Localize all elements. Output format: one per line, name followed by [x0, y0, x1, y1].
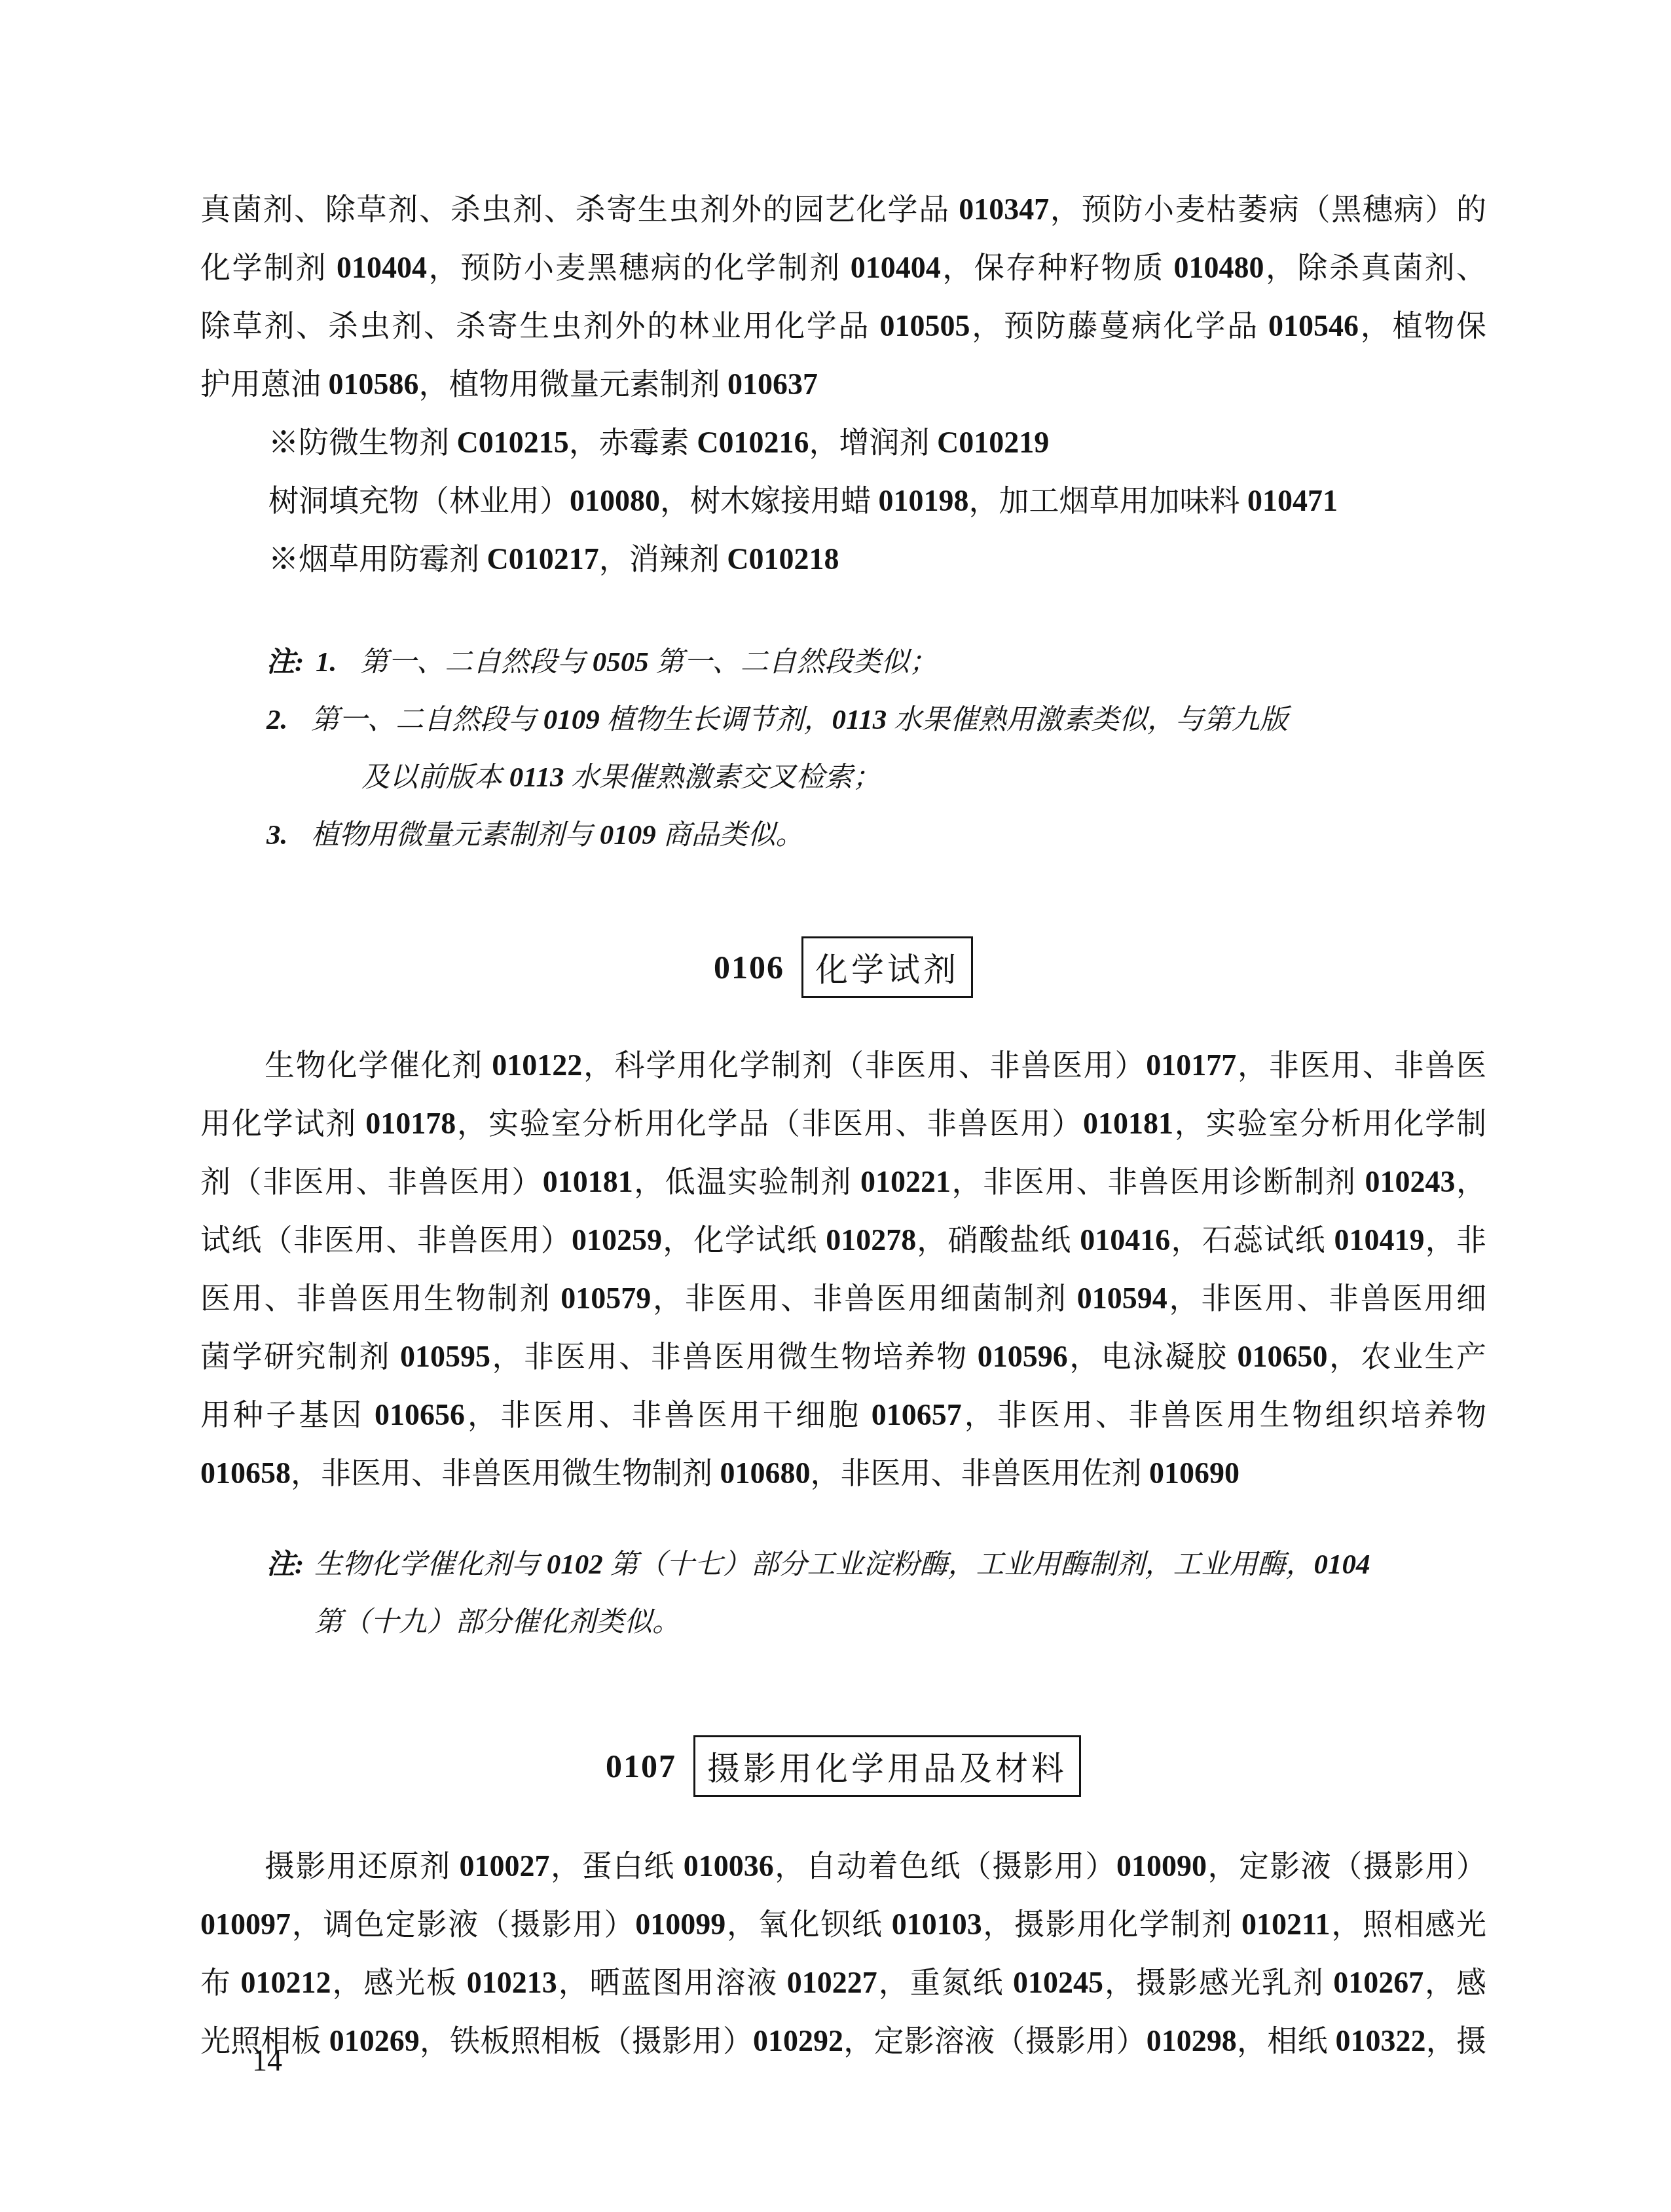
document-page: 真菌剂、除草剂、杀虫剂、杀寄生虫剂外的园艺化学品 010347，预防小麦枯萎病（… [0, 0, 1671, 2212]
text-line: 用种子基因 010656，非医用、非兽医用干细胞 010657，非医用、非兽医用… [200, 1386, 1486, 1444]
text-line: 除草剂、杀虫剂、杀寄生虫剂外的林业用化学品 010505，预防藤蔓病化学品 01… [200, 297, 1486, 355]
code-number: 010347 [959, 193, 1049, 226]
code-number: 010036 [684, 1849, 774, 1883]
text-run: 用种子基因 [200, 1398, 375, 1431]
text-run: 第（十九）部分催化剂类似。 [314, 1607, 680, 1638]
paragraph: 摄影用还原剂 010027，蛋白纸 010036，自动着色纸（摄影用）01009… [200, 1837, 1486, 2070]
note-line: 及以前版本 0113 水果催熟激素交叉检索； [200, 749, 1486, 807]
text-run: ，除杀真菌剂、 [1264, 251, 1486, 284]
text-line: 010097，调色定影液（摄影用）010099，氧化钡纸 010103，摄影用化… [200, 1895, 1486, 1953]
code-number: 010322 [1336, 2024, 1426, 2057]
note-line: 3.植物用微量元素制剂与 0109 商品类似。 [200, 807, 1486, 864]
text-run: ，科学用化学制剂（非医用、非兽医用） [582, 1048, 1146, 1082]
text-run: ，非医用、非兽医用细菌制剂 [651, 1281, 1076, 1315]
code-number: C010217 [487, 542, 599, 576]
text-run: ，定影溶液（摄影用） [843, 2024, 1147, 2057]
text-run: 摄影用还原剂 [265, 1849, 460, 1883]
text-run: 化学制剂 [200, 251, 337, 284]
paragraph: 生物化学催化剂 010122，科学用化学制剂（非医用、非兽医用）010177，非… [200, 1036, 1486, 1502]
text-run: ，硝酸盐纸 [916, 1223, 1080, 1257]
text-run: ，植物保 [1359, 309, 1486, 342]
section-heading: 0106化学试剂 [200, 936, 1486, 998]
text-run: ，化学试纸 [662, 1223, 826, 1257]
code-number: 010546 [1268, 309, 1359, 342]
text-run: 护用蒽油 [200, 367, 329, 401]
paragraph: ※防微生物剂 C010215，赤霉素 C010216，增润剂 C010219 [200, 413, 1486, 471]
text-run: 植物生长调节剂， [600, 705, 832, 735]
text-line: ※防微生物剂 C010215，赤霉素 C010216，增润剂 C010219 [200, 413, 1486, 471]
note-label: 注: [266, 634, 316, 691]
text-run: ，预防小麦枯萎病（黑穗病）的 [1049, 193, 1486, 226]
text-run: ，非医用、非兽医用微生物培养物 [490, 1340, 978, 1373]
code-number: 010090 [1116, 1849, 1207, 1883]
text-run: ，加工烟草用加味料 [969, 484, 1248, 517]
text-run: ，蛋白纸 [550, 1849, 684, 1883]
code-number: 0505 [593, 647, 649, 678]
heading-title-box: 摄影用化学用品及材料 [693, 1735, 1081, 1797]
paragraph: 真菌剂、除草剂、杀虫剂、杀寄生虫剂外的园艺化学品 010347，预防小麦枯萎病（… [200, 180, 1486, 413]
text-line: 菌学研究制剂 010595，非医用、非兽医用微生物培养物 010596，电泳凝胶… [200, 1327, 1486, 1386]
code-number: 010269 [329, 2024, 420, 2057]
text-run: ，消辣剂 [599, 542, 727, 576]
text-line: 化学制剂 010404，预防小麦黑穗病的化学制剂 010404，保存种籽物质 0… [200, 238, 1486, 297]
code-number: 010211 [1241, 1908, 1330, 1941]
code-number: 0113 [509, 762, 564, 793]
text-run: 商品类似。 [656, 820, 804, 851]
code-number: 010657 [872, 1398, 962, 1431]
text-run: ，预防小麦黑穗病的化学制剂 [427, 251, 851, 284]
text-run: 除草剂、杀虫剂、杀寄生虫剂外的林业用化学品 [200, 309, 880, 342]
text-run: ，自动着色纸（摄影用） [774, 1849, 1116, 1883]
note-line: 注:生物化学催化剂与 0102 第（十七）部分工业淀粉酶，工业用酶制剂，工业用酶… [200, 1536, 1486, 1594]
text-run: ，非医用、非兽医用细 [1167, 1281, 1486, 1315]
code-number: 010650 [1238, 1340, 1328, 1373]
text-run: 第一、二自然段与 [311, 705, 543, 735]
text-run: ，树木嫁接用蜡 [660, 484, 879, 517]
note-item-number: 1. [316, 634, 360, 691]
text-run: ，电泳凝胶 [1068, 1340, 1238, 1373]
note-line: 注:1.第一、二自然段与 0505 第一、二自然段类似； [200, 634, 1486, 691]
text-run: ，增润剂 [809, 426, 937, 459]
code-number: 010404 [337, 251, 427, 284]
text-run: ※防微生物剂 [268, 426, 457, 459]
text-run: 布 [200, 1966, 240, 1999]
text-run: 真菌剂、除草剂、杀虫剂、杀寄生虫剂外的园艺化学品 [200, 193, 959, 226]
code-number: 010103 [892, 1908, 982, 1941]
text-line: 生物化学催化剂 010122，科学用化学制剂（非医用、非兽医用）010177，非… [200, 1036, 1486, 1094]
text-run: 植物用微量元素制剂与 [311, 820, 600, 851]
text-run: ※烟草用防霉剂 [268, 542, 487, 576]
heading-title-box: 化学试剂 [801, 936, 973, 998]
code-number: 010680 [720, 1456, 811, 1490]
note-item-number: 3. [266, 807, 311, 864]
text-run: 及以前版本 [361, 762, 509, 793]
text-run: ，非医用、非兽医用微生物制剂 [291, 1456, 720, 1490]
text-run: ，调色定影液（摄影用） [291, 1908, 635, 1941]
text-run: ，非医用、非兽医用佐剂 [811, 1456, 1150, 1490]
code-number: 010177 [1146, 1048, 1236, 1082]
code-number: 010227 [787, 1966, 877, 1999]
code-number: C010219 [937, 426, 1049, 459]
code-number: 010245 [1013, 1966, 1103, 1999]
text-run: ，相纸 [1237, 2024, 1336, 2057]
heading-number: 0107 [606, 1748, 676, 1784]
code-number: 010579 [560, 1281, 651, 1315]
text-run: ，重氮纸 [877, 1966, 1013, 1999]
code-number: 010637 [727, 367, 818, 401]
section-heading: 0107摄影用化学用品及材料 [200, 1735, 1486, 1797]
text-line: 光照相板 010269，铁板照相板（摄影用）010292，定影溶液（摄影用）01… [200, 2012, 1486, 2070]
code-number: 0104 [1314, 1549, 1370, 1580]
text-line: 剂（非医用、非兽医用）010181，低温实验制剂 010221，非医用、非兽医用… [200, 1152, 1486, 1211]
code-number: 010027 [460, 1849, 550, 1883]
text-run: ，照相感光 [1331, 1908, 1486, 1941]
code-number: 010178 [365, 1107, 456, 1140]
text-line: 护用蒽油 010586，植物用微量元素制剂 010637 [200, 355, 1486, 413]
code-number: 010097 [200, 1908, 291, 1941]
note-line: 第（十九）部分催化剂类似。 [200, 1594, 1486, 1651]
code-number: 010099 [635, 1908, 725, 1941]
text-line: 试纸（非医用、非兽医用）010259，化学试纸 010278，硝酸盐纸 0104… [200, 1211, 1486, 1269]
text-run: ，定影液（摄影用） [1207, 1849, 1486, 1883]
text-run: ，非 [1425, 1223, 1487, 1257]
code-number: 010404 [851, 251, 941, 284]
text-run: 第（十七）部分工业淀粉酶，工业用酶制剂，工业用酶， [603, 1549, 1314, 1580]
document-content: 真菌剂、除草剂、杀虫剂、杀寄生虫剂外的园艺化学品 010347，预防小麦枯萎病（… [200, 180, 1486, 2070]
code-number: 010267 [1333, 1966, 1423, 1999]
note-line: 2.第一、二自然段与 0109 植物生长调节剂，0113 水果催熟用激素类似，与… [200, 691, 1486, 749]
code-number: 010471 [1247, 484, 1338, 517]
heading-number: 0106 [714, 949, 784, 986]
text-run: 生物化学催化剂与 [314, 1549, 547, 1580]
code-number: C010216 [697, 426, 809, 459]
text-line: 布 010212，感光板 010213，晒蓝图用溶液 010227，重氮纸 01… [200, 1953, 1486, 2012]
note-block: 注:生物化学催化剂与 0102 第（十七）部分工业淀粉酶，工业用酶制剂，工业用酶… [200, 1536, 1486, 1651]
text-line: ※烟草用防霉剂 C010217，消辣剂 C010218 [200, 530, 1486, 588]
code-number: 010594 [1077, 1281, 1167, 1315]
text-run: ，低温实验制剂 [633, 1165, 860, 1198]
code-number: 010298 [1147, 2024, 1237, 2057]
code-number: 010243 [1365, 1165, 1455, 1198]
text-run: 菌学研究制剂 [200, 1340, 400, 1373]
text-run: ，实验室分析用化学品（非医用、非兽医用） [456, 1107, 1083, 1140]
code-number: 010416 [1080, 1223, 1170, 1257]
text-line: 用化学试剂 010178，实验室分析用化学品（非医用、非兽医用）010181，实… [200, 1094, 1486, 1152]
text-run: 生物化学催化剂 [265, 1048, 492, 1082]
text-run: ，赤霉素 [569, 426, 697, 459]
code-number: 010505 [880, 309, 970, 342]
code-number: 010221 [860, 1165, 951, 1198]
text-run: ，石蕊试纸 [1170, 1223, 1334, 1257]
code-number: 010586 [329, 367, 419, 401]
text-run: ，感光板 [331, 1966, 466, 1999]
text-run: 试纸（非医用、非兽医用） [200, 1223, 572, 1257]
text-run: 第一、二自然段类似； [649, 647, 938, 678]
text-run: 树洞填充物（林业用） [268, 484, 570, 517]
code-number: C010215 [457, 426, 569, 459]
code-number: 0109 [543, 705, 600, 735]
paragraph: 树洞填充物（林业用）010080，树木嫁接用蜡 010198，加工烟草用加味料 … [200, 471, 1486, 530]
text-run: ，晒蓝图用溶液 [557, 1966, 787, 1999]
text-run: ，非医用、非兽医用生物组织培养物 [962, 1398, 1486, 1431]
code-number: 010213 [467, 1966, 557, 1999]
text-run: 剂（非医用、非兽医用） [200, 1165, 543, 1198]
text-run: ， [1455, 1165, 1486, 1198]
text-line: 医用、非兽医用生物制剂 010579，非医用、非兽医用细菌制剂 010594，非… [200, 1269, 1486, 1327]
code-number: 010080 [570, 484, 660, 517]
text-run: ，摄 [1426, 2024, 1487, 2057]
text-run: ，铁板照相板（摄影用） [420, 2024, 753, 2057]
code-number: 010480 [1174, 251, 1264, 284]
text-run: ，预防藤蔓病化学品 [970, 309, 1269, 342]
page-number: 14 [252, 2044, 282, 2077]
code-number: 010278 [826, 1223, 916, 1257]
code-number: 0102 [547, 1549, 603, 1580]
code-number: 0113 [832, 705, 887, 735]
text-run: ，摄影感光乳剂 [1103, 1966, 1333, 1999]
text-run: ，非医用、非兽医 [1236, 1048, 1486, 1082]
code-number: 010658 [200, 1456, 291, 1490]
note-label: 注: [266, 1536, 314, 1594]
text-run: ，植物用微量元素制剂 [419, 367, 728, 401]
code-number: 010292 [753, 2024, 843, 2057]
text-run: ，实验室分析用化学制 [1173, 1107, 1486, 1140]
text-run: 用化学试剂 [200, 1107, 365, 1140]
text-line: 010658，非医用、非兽医用微生物制剂 010680，非医用、非兽医用佐剂 0… [200, 1444, 1486, 1502]
code-number: 010690 [1149, 1456, 1239, 1490]
code-number: 010122 [492, 1048, 582, 1082]
text-run: ，非医用、非兽医用诊断制剂 [951, 1165, 1365, 1198]
text-line: 真菌剂、除草剂、杀虫剂、杀寄生虫剂外的园艺化学品 010347，预防小麦枯萎病（… [200, 180, 1486, 238]
text-run: ，保存种籽物质 [941, 251, 1174, 284]
text-run: 水果催熟用激素类似，与第九版 [887, 705, 1288, 735]
code-number: 010212 [240, 1966, 331, 1999]
text-run: 医用、非兽医用生物制剂 [200, 1281, 560, 1315]
code-number: 0109 [600, 820, 656, 851]
text-line: 摄影用还原剂 010027，蛋白纸 010036，自动着色纸（摄影用）01009… [200, 1837, 1486, 1895]
text-run: ，摄影用化学制剂 [982, 1908, 1241, 1941]
code-number: 010596 [978, 1340, 1068, 1373]
code-number: 010198 [879, 484, 969, 517]
note-item-number: 2. [266, 691, 311, 749]
paragraph: ※烟草用防霉剂 C010217，消辣剂 C010218 [200, 530, 1486, 588]
text-run: ，非医用、非兽医用干细胞 [465, 1398, 872, 1431]
text-run: ，感 [1423, 1966, 1486, 1999]
text-run: 第一、二自然段与 [360, 647, 593, 678]
code-number: 010259 [572, 1223, 662, 1257]
text-run: 水果催熟激素交叉检索； [564, 762, 881, 793]
code-number: 010595 [400, 1340, 490, 1373]
text-run: ，氧化钡纸 [725, 1908, 891, 1941]
code-number: 010181 [543, 1165, 633, 1198]
note-block: 注:1.第一、二自然段与 0505 第一、二自然段类似；2.第一、二自然段与 0… [200, 634, 1486, 864]
code-number: 010656 [375, 1398, 465, 1431]
code-number: C010218 [727, 542, 839, 576]
code-number: 010181 [1083, 1107, 1173, 1140]
code-number: 010419 [1334, 1223, 1425, 1257]
text-run: ，农业生产 [1328, 1340, 1486, 1373]
text-line: 树洞填充物（林业用）010080，树木嫁接用蜡 010198，加工烟草用加味料 … [200, 471, 1486, 530]
